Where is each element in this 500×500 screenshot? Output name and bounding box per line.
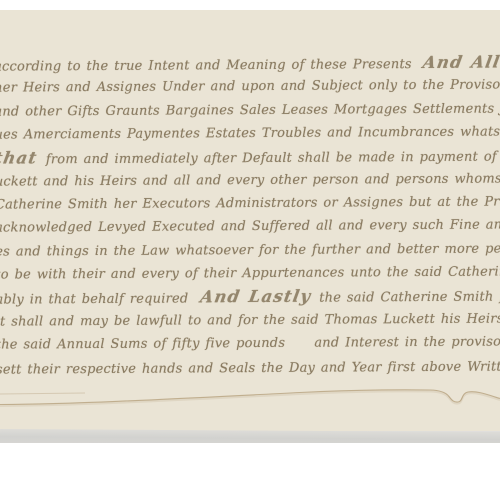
manuscript-line: sett their respective hands and Seals th… — [0, 354, 500, 381]
line-text: es and things in the Law whatsoever for … — [0, 241, 500, 260]
photo-backdrop-strip — [0, 429, 500, 443]
flourish-text: that — [0, 147, 48, 171]
manuscript-line: to be with their and every of their Appu… — [0, 261, 500, 288]
manuscript-line: ably in that behalf required And Lastly … — [0, 284, 500, 311]
manuscript-text: according to the true Intent and Meaning… — [0, 50, 500, 380]
line-text: Catherine Smith her Executors Administra… — [0, 194, 500, 213]
line-text: sett their respective hands and Seals th… — [0, 360, 500, 378]
manuscript-line: uckett and his Heirs and all and every o… — [0, 167, 500, 194]
line-text: her Heirs and Assignes Under and upon an… — [0, 77, 500, 96]
manuscript-line: her Heirs and Assignes Under and upon an… — [0, 74, 500, 101]
line-text: from and immediately after Default shall… — [46, 149, 500, 167]
flourish-text: And Lastly — [198, 285, 321, 309]
manuscript-line: es and things in the Law whatsoever for … — [0, 237, 500, 264]
line-text: and other Gifts Graunts Bargaines Sales … — [0, 101, 500, 119]
line-text: ues Amerciaments Paymentes Estates Troub… — [0, 124, 500, 143]
manuscript-line: it shall and may be lawfull to and for t… — [0, 307, 500, 334]
line-text: the said Annual Sums of fifty five pound… — [0, 334, 500, 353]
flourish-text: And All that — [421, 50, 500, 74]
line-text: to be with their and every of their Appu… — [0, 264, 500, 283]
document-photo: according to the true Intent and Meaning… — [0, 10, 500, 443]
line-text: according to the true Intent and Meaning… — [0, 57, 423, 75]
manuscript-line: and other Gifts Graunts Bargaines Sales … — [0, 97, 500, 124]
manuscript-line: ues Amerciaments Paymentes Estates Troub… — [0, 120, 500, 147]
manuscript-line: according to the true Intent and Meaning… — [0, 50, 500, 77]
fold-crease-line — [0, 380, 500, 420]
line-text: uckett and his Heirs and all and every o… — [0, 171, 500, 190]
line-text: acknowledged Levyed Executed and Suffere… — [0, 217, 500, 236]
line-text: the said Catherine Smith for her self he… — [319, 289, 500, 306]
line-text: ably in that behalf required — [0, 292, 200, 308]
manuscript-line: Catherine Smith her Executors Administra… — [0, 190, 500, 217]
manuscript-line: the said Annual Sums of fifty five pound… — [0, 331, 500, 358]
manuscript-line: that from and immediately after Default … — [0, 144, 500, 171]
manuscript-line: acknowledged Levyed Executed and Suffere… — [0, 214, 500, 241]
line-text: it shall and may be lawfull to and for t… — [0, 310, 500, 329]
